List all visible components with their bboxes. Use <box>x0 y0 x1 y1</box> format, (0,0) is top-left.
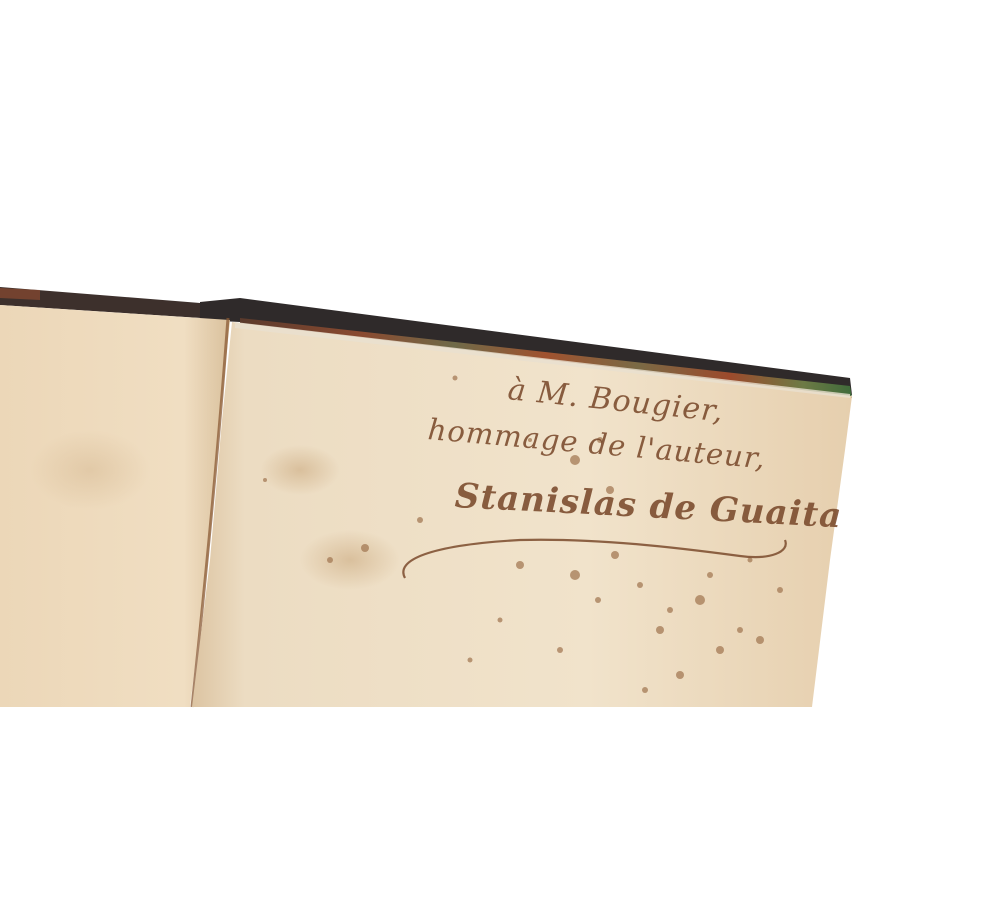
photo-scene: à M. Bougier, hommage de l'auteur, Stani… <box>0 0 1000 900</box>
open-book <box>0 0 1000 900</box>
